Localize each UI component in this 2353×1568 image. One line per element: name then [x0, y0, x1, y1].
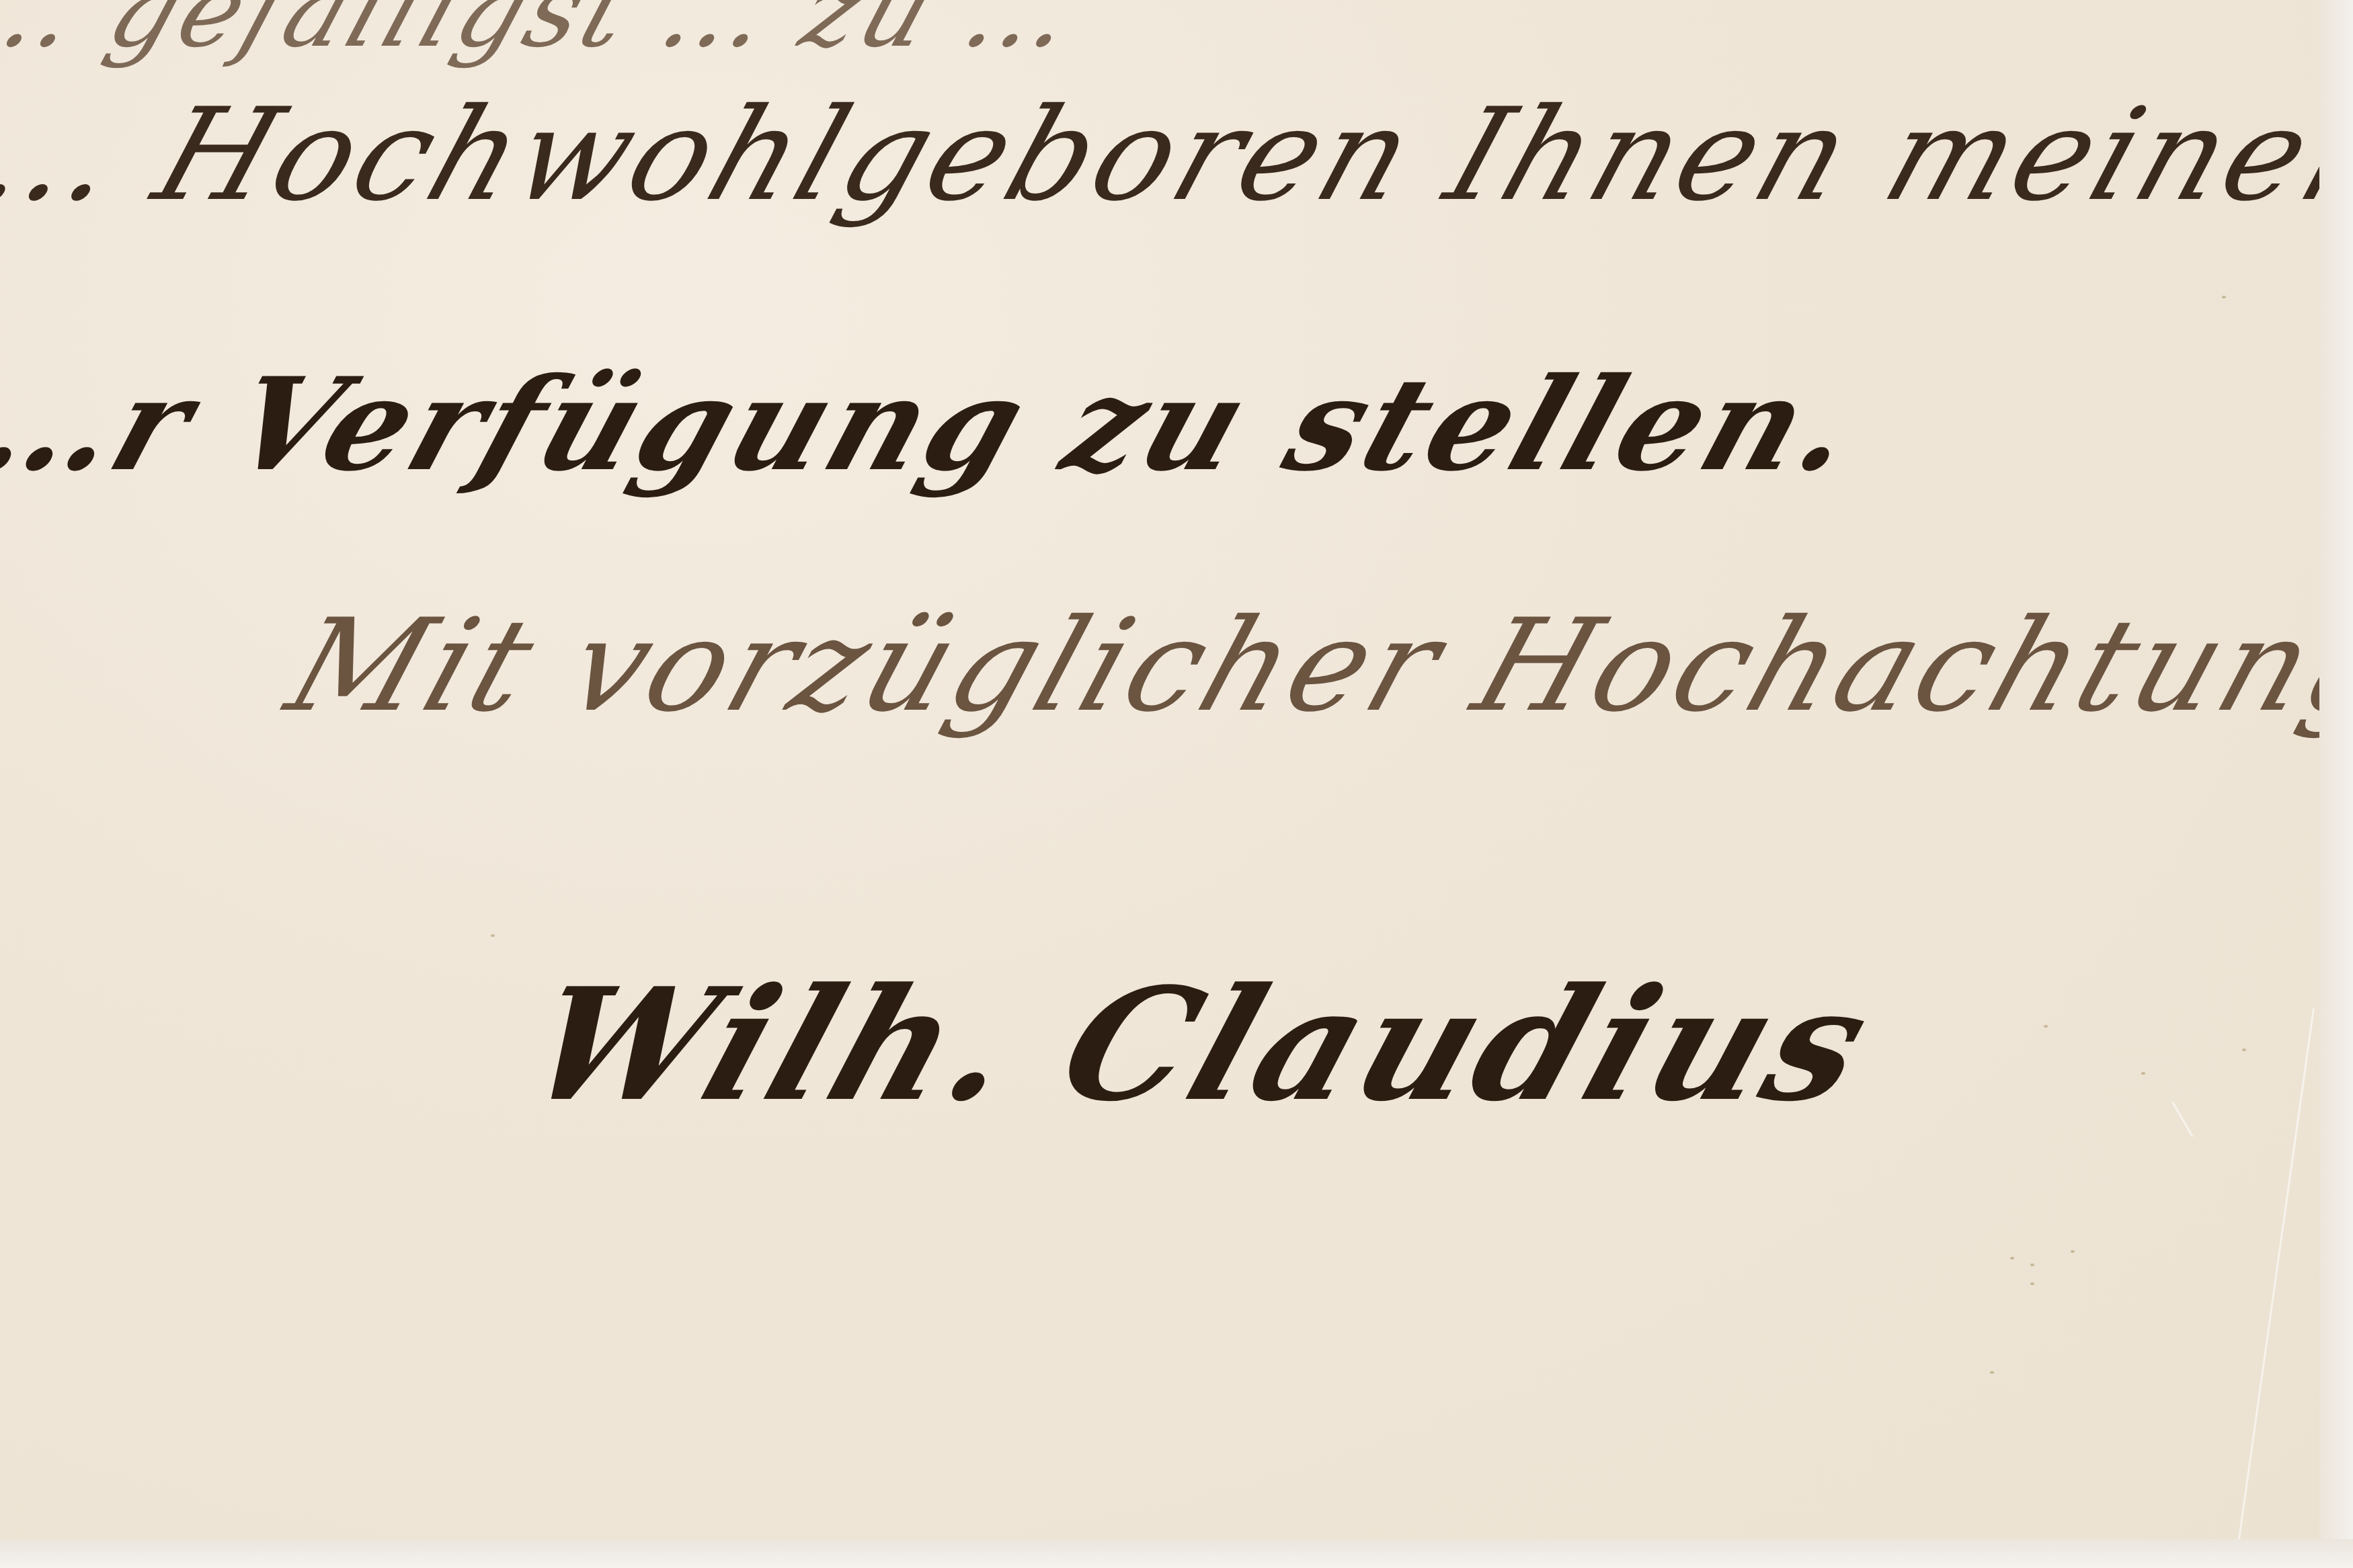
handwritten-closing: Mit vorzüglicher Hochachtung	[272, 591, 2353, 740]
paper-speck	[2242, 1048, 2246, 1051]
paper-right-edge	[2319, 0, 2353, 1568]
paper-bottom-edge	[0, 1539, 2353, 1568]
paper-speck	[2141, 1072, 2145, 1075]
letter-paper: … gefälligst … zu … … Hochwohlgeboren Ih…	[0, 0, 2319, 1539]
paper-crease	[2171, 1102, 2194, 1137]
paper-speck	[2010, 1257, 2014, 1260]
paper-speck	[2030, 1282, 2034, 1285]
paper-speck	[2071, 1250, 2075, 1253]
handwritten-line-0: … gefälligst … zu …	[0, 0, 1093, 70]
handwritten-line-1: … Hochwohlgeboren Ihnen meinen Ar-	[0, 81, 2353, 229]
paper-speck	[2030, 1264, 2034, 1266]
paper-speck	[2044, 1025, 2048, 1028]
paper-speck	[1990, 1371, 1994, 1374]
paper-speck	[491, 934, 495, 937]
paper-crease	[2236, 1008, 2315, 1554]
signature: Wilh. Claudius	[508, 954, 1893, 1136]
paper-speck	[2222, 296, 2226, 298]
handwritten-line-2: …r Verfügung zu stellen.	[0, 349, 1878, 499]
